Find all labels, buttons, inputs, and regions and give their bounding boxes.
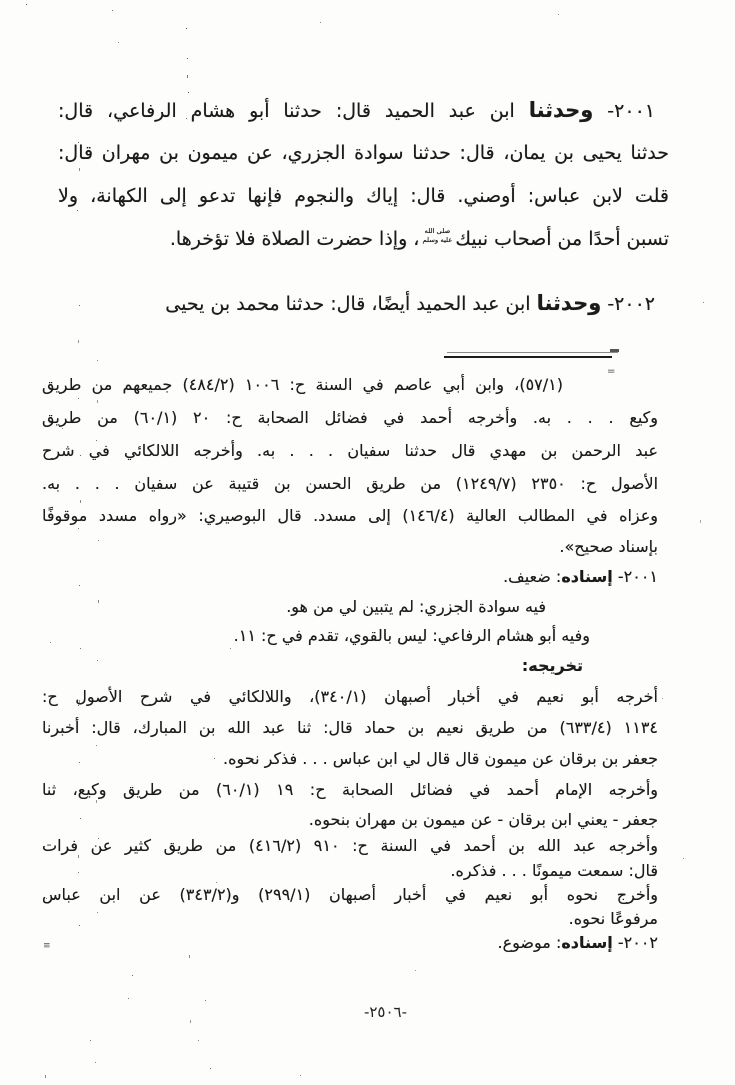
footnote-note: وفيه أبو هشام الرفاعي: ليس بالقوي، تقدم … [42, 623, 658, 649]
hadith-opener-bold: وحدثنا [529, 98, 594, 122]
hadith-text: ، وإذا حضرت الصلاة فلا تؤخرها. [170, 228, 420, 250]
takhrij-line: مرفوعًا نحوه. [42, 906, 658, 932]
takhrij-line: وأخرج نحوه أبو نعيم في أخبار أصبهان (٢٩٩… [42, 882, 658, 908]
takhrij-line: أخرجه أبو نعيم في أخبار أصبهان (٣٤٠/١)، … [42, 684, 658, 710]
footnote-separator-line-bold [444, 356, 612, 358]
hadith-opener-bold: وحدثنا [537, 291, 602, 315]
hadith-number: ٢٠٠٢- [607, 293, 655, 315]
footnote-number: ٢٠٠٢- [618, 933, 658, 952]
isnad-label-bold: إسناده [561, 567, 612, 586]
footnote-line: الأصول ح: ٢٣٥٠ (١٢٤٩/٧) من طريق الحسن بن… [42, 471, 658, 497]
footnote-line: وعزاه في المطالب العالية (١٤٦/٤) إلى مسد… [42, 503, 658, 529]
hadith-2001-line-2: حدثنا يحيى بن يمان، قال: حدثنا سوادة الج… [58, 138, 669, 168]
scanned-page: = ≡ ٢٠٠١- وحدثنا ابن عبد الحميد قال: حدث… [0, 0, 735, 1085]
scan-noise-dashes [0, 0, 1, 3]
hadith-number: ٢٠٠١- [607, 100, 655, 122]
hadith-text: تسبن أحدًا من أصحاب نبيك [455, 228, 669, 250]
hadith-2001-line-1: ٢٠٠١- وحدثنا ابن عبد الحميد قال: حدثنا أ… [58, 95, 669, 126]
hadith-2001-line-3: قلت لابن عباس: أوصني. قال: إياك والنجوم … [58, 181, 669, 211]
footnote-line: وكيع . . . به. وأخرجه أحمد في فضائل الصح… [42, 405, 658, 431]
footnote-separator-tick [610, 349, 619, 352]
grade-value: : ضعيف. [503, 567, 561, 586]
takhrij-line: وأخرجه الإمام أحمد في فضائل الصحابة ح: ١… [42, 777, 658, 803]
footnote-note: فيه سوادة الجزري: لم يتبين لي من هو. [42, 594, 658, 620]
isnad-label-bold: إسناده [561, 933, 612, 952]
grade-line-2001: ٢٠٠١- إسناده: ضعيف. [42, 564, 658, 590]
takhrij-line: جعفر - يعني ابن برقان - عن ميمون بن مهرا… [42, 807, 658, 833]
hadith-text: ابن عبد الحميد قال: حدثنا أبو هشام الرفا… [58, 100, 515, 122]
hadith-text: ابن عبد الحميد أيضًا، قال: حدثنا محمد بن… [165, 293, 530, 315]
takhrij-line: وأخرجه عبد الله بن أحمد في السنة ح: ٩١٠ … [42, 833, 658, 859]
sallallahu-alayhi-wasallam-mark: صلى اللهعليه وسلم [422, 227, 452, 243]
takhrij-line: ١١٣٤ (٦٣٣/٤) من طريق نعيم بن حماد قال: ث… [42, 715, 658, 741]
hadith-2002-line-1: ٢٠٠٢- وحدثنا ابن عبد الحميد أيضًا، قال: … [58, 288, 669, 319]
grade-value: : موضوع. [498, 933, 562, 952]
footnote-line: (٥٧/١)، وابن أبي عاصم في السنة ح: ١٠٠٦ (… [42, 372, 658, 398]
page-number: -٢٥٠٦- [18, 1003, 735, 1021]
hadith-2001-line-4: تسبن أحدًا من أصحاب نبيكصلى اللهعليه وسل… [58, 224, 669, 254]
footnote-number: ٢٠٠١- [618, 567, 658, 586]
footnote-line: بإسناد صحيح». [42, 534, 658, 560]
footnote-separator-line [447, 352, 618, 353]
takhrij-line: قال: سمعت ميمونًا . . . فذكره. [42, 858, 658, 884]
footnote-line: عبد الرحمن بن مهدي قال حدثنا سفيان . . .… [42, 438, 658, 464]
takhrij-heading: تخريجه: [42, 653, 658, 679]
grade-line-2002: ٢٠٠٢- إسناده: موضوع. [42, 930, 658, 956]
takhrij-line: جعفر بن برقان عن ميمون قال قال لي ابن عب… [42, 746, 658, 772]
